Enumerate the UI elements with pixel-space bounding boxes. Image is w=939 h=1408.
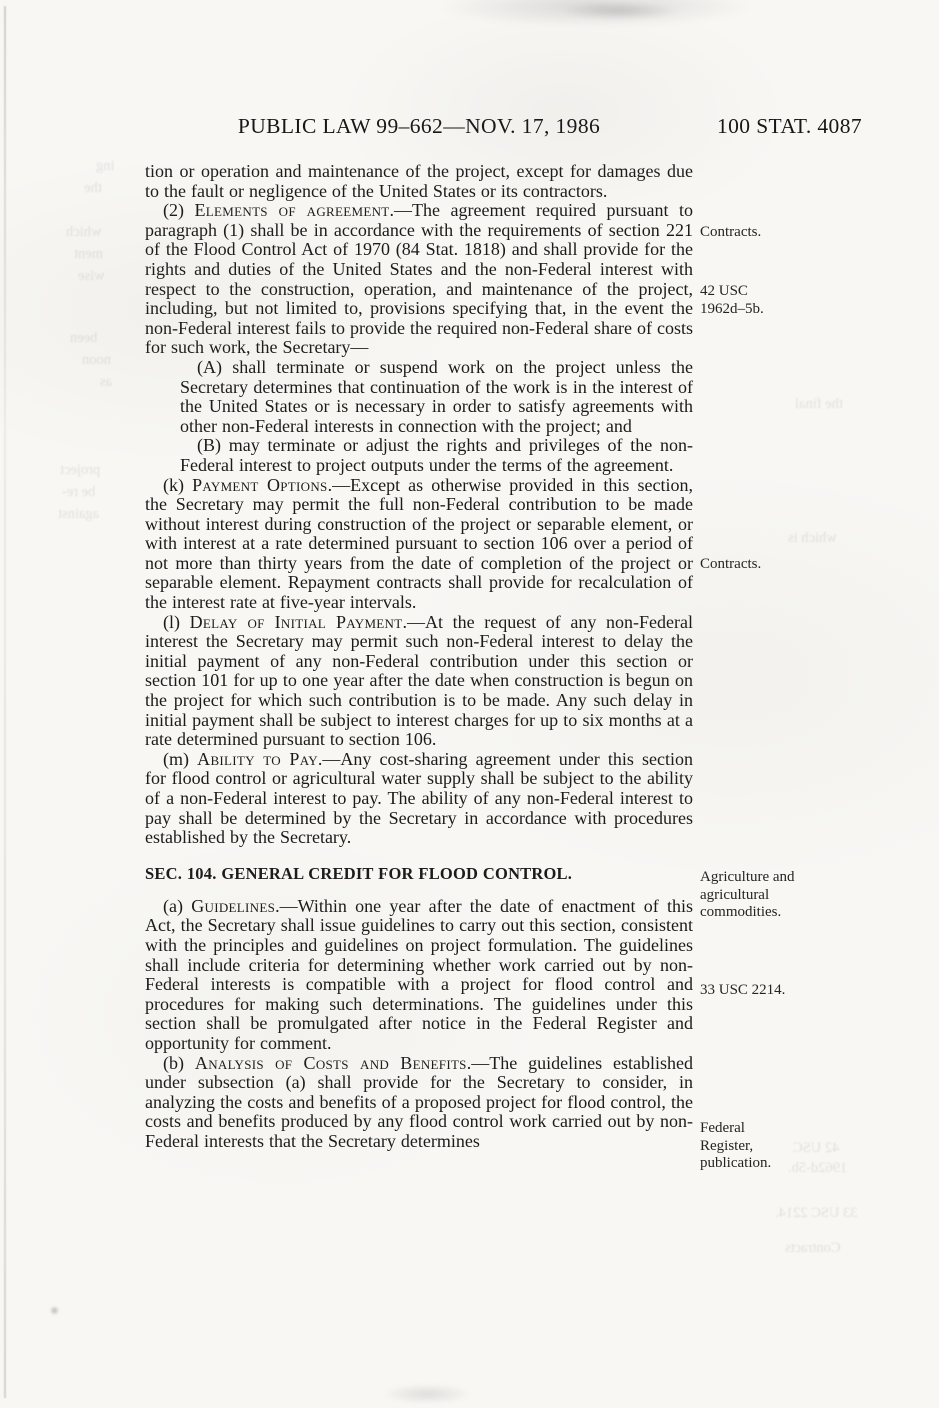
statute-paragraph-continuation: tion or operation and maintenance of the…: [145, 162, 693, 201]
statute-paragraph-k-payment-options: (k) Payment Options.—Except as otherwise…: [145, 476, 693, 613]
header-law-title: PUBLIC LAW 99–662—NOV. 17, 1986: [145, 114, 693, 139]
header-stat-number: 100 STAT. 4087: [690, 114, 862, 139]
page-edge-shadow: [4, 6, 6, 1398]
paragraph-text: (A) shall terminate or suspend work on t…: [180, 357, 693, 436]
paragraph-label: (b): [163, 1053, 195, 1073]
statute-paragraph-m-ability-to-pay: (m) Ability to Pay.—Any cost-sharing agr…: [145, 750, 693, 848]
bleedthrough-text-fragment: project: [60, 462, 100, 479]
statute-paragraph-2-elements-of-agreement: (2) Elements of agreement.—The agreement…: [145, 201, 693, 358]
bleedthrough-text-fragment: ing: [96, 158, 115, 175]
paragraph-text: .—At the request of any non-Federal inte…: [145, 612, 693, 750]
scanned-statute-page: ing the which ment wise been noon as the…: [0, 0, 939, 1408]
statute-subparagraph-A: (A) shall terminate or suspend work on t…: [180, 358, 693, 436]
scan-smudge-bottom: [382, 1384, 472, 1404]
paragraph-text: tion or operation and maintenance of the…: [145, 161, 693, 201]
margin-note-agriculture: Agriculture and agricultural commodities…: [700, 869, 870, 922]
statute-paragraph-a-guidelines: (a) Guidelines.—Within one year after th…: [145, 897, 693, 1054]
margin-note-contracts-1: Contracts.: [700, 224, 870, 242]
bleedthrough-text-fragment: which is: [788, 530, 837, 547]
paragraph-text: .—Except as otherwise provided in this s…: [145, 475, 693, 613]
paragraph-label: (a): [163, 896, 191, 916]
bleedthrough-text-fragment: which: [66, 224, 101, 241]
bleedthrough-text-fragment: 33 USC 2214.: [775, 1205, 858, 1222]
paragraph-text: .—The agreement required pursuant to par…: [145, 200, 693, 357]
paragraph-heading-smallcaps: Delay of Initial Payment: [190, 612, 403, 632]
paragraph-heading-smallcaps: Payment Options: [192, 475, 328, 495]
bleedthrough-text-fragment: the: [84, 180, 102, 197]
bleedthrough-text-fragment: been: [70, 330, 97, 347]
margin-note-federal-register: Federal Register, publication.: [700, 1120, 870, 1173]
scan-smudge-top: [430, 0, 760, 28]
paragraph-text: .—Within one year after the date of enac…: [145, 896, 693, 1053]
paragraph-heading-smallcaps: Analysis of Costs and Benefits: [195, 1053, 467, 1073]
section-heading-sec-104: SEC. 104. GENERAL CREDIT FOR FLOOD CONTR…: [145, 864, 693, 884]
statute-subparagraph-B: (B) may terminate or adjust the rights a…: [180, 436, 693, 475]
paragraph-text: (B) may terminate or adjust the rights a…: [180, 435, 693, 475]
paragraph-label: (m): [163, 749, 197, 769]
margin-note-33-usc-2214: 33 USC 2214.: [700, 982, 870, 1000]
bleedthrough-text-fragment: wise: [78, 268, 105, 285]
paragraph-heading-smallcaps: Elements of agreement: [195, 200, 390, 220]
statute-paragraph-l-delay-of-initial-payment: (l) Delay of Initial Payment.—At the req…: [145, 613, 693, 750]
statute-text-column: tion or operation and maintenance of the…: [145, 162, 693, 1152]
bleedthrough-text-fragment: noon: [82, 352, 111, 369]
paragraph-heading-smallcaps: Guidelines: [191, 896, 275, 916]
bleedthrough-text-fragment: as: [100, 374, 112, 391]
bleedthrough-text-fragment: against: [58, 506, 99, 523]
scan-smudge-top-small: [560, 2, 680, 20]
margin-note-42-usc-1962d-5b: 42 USC 1962d–5b.: [700, 283, 870, 318]
paragraph-label: (k): [163, 475, 192, 495]
bleedthrough-text-fragment: the final: [795, 396, 843, 413]
bleedthrough-text-fragment: Contracts: [785, 1240, 841, 1257]
margin-note-contracts-2: Contracts.: [700, 556, 870, 574]
paragraph-label: (2): [163, 200, 195, 220]
scan-speck: [50, 1306, 59, 1315]
paragraph-label: (l): [163, 612, 190, 632]
paragraph-heading-smallcaps: Ability to Pay: [197, 749, 318, 769]
bleedthrough-text-fragment: be re-: [62, 484, 95, 501]
bleedthrough-text-fragment: ment: [74, 246, 103, 263]
statute-paragraph-b-analysis-of-costs-and-benefits: (b) Analysis of Costs and Benefits.—The …: [145, 1054, 693, 1152]
